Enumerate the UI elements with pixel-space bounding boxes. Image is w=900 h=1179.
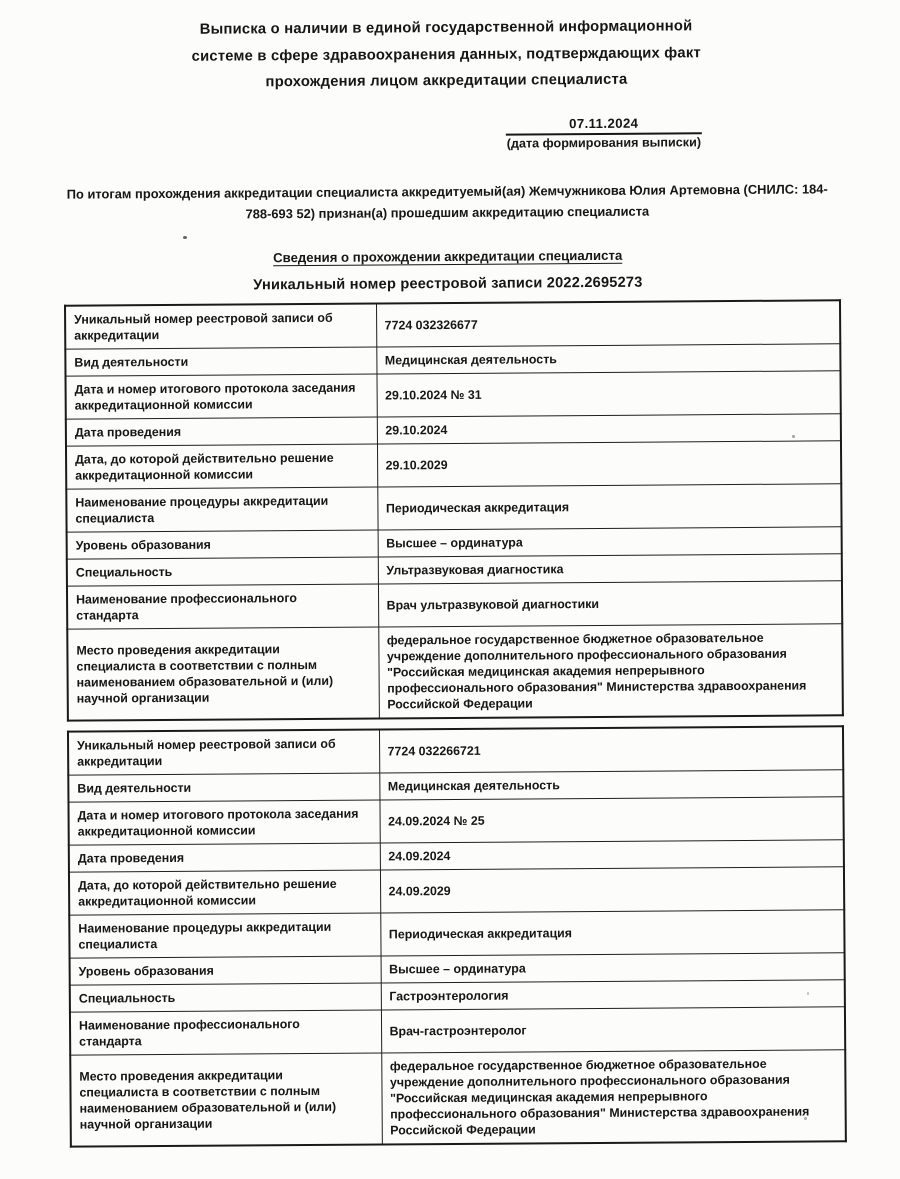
table-row: Дата и номер итогового протокола заседан… [65,370,840,418]
issue-date-block: 07.11.2024 (дата формирования выписки) [497,115,711,150]
scan-speck [183,236,187,239]
row-label: Уровень образования [70,955,381,984]
scan-speck [792,435,795,438]
title-line: прохождения лицом аккредитации специалис… [0,65,897,98]
row-label: Наименование профессионального стандарта [70,1009,381,1054]
row-value: Периодическая аккредитация [377,483,841,529]
table-row: Место проведения аккредитации специалист… [70,1049,846,1146]
scan-speck [807,992,809,995]
row-value: 29.10.2024 [377,413,841,443]
table-row: Наименование процедуры аккредитации спец… [66,483,841,531]
row-value: Врач ультразвуковой диагностики [378,580,842,626]
table-row: Место проведения аккредитации специалист… [67,623,843,720]
row-value: 29.10.2029 [377,440,841,486]
row-value: Гастроэнтерология [381,979,845,1009]
table-row: Дата, до которой действительно решение а… [69,866,844,914]
issue-date: 07.11.2024 [497,115,711,133]
row-value: 24.09.2029 [380,866,844,912]
row-label: Дата и номер итогового протокола заседан… [65,374,376,419]
row-value: 7724 032326677 [376,300,840,347]
table-row: Наименование процедуры аккредитации спец… [69,909,844,957]
row-value: федеральное государственное бюджетное об… [381,1049,846,1144]
row-value: 24.09.2024 [380,839,844,869]
row-label: Вид деятельности [68,772,379,801]
row-value: Высшее – ординатура [378,526,842,556]
row-label: Дата и номер итогового протокола заседан… [68,799,379,844]
row-label: Уровень образования [67,530,378,559]
row-value: Ультразвуковая диагностика [378,553,842,583]
row-label: Место проведения аккредитации специалист… [67,627,379,721]
row-label: Дата, до которой действительно решение а… [66,444,377,489]
row-label: Наименование процедуры аккредитации спец… [69,912,380,957]
row-label: Дата проведения [69,842,380,871]
row-label: Уникальный номер реестровой записи об ак… [65,303,376,349]
accreditation-table-2: Уникальный номер реестровой записи об ак… [67,725,847,1147]
issue-date-caption: (дата формирования выписки) [497,134,711,150]
scanned-content: Выписка о наличии в единой государственн… [0,0,900,1179]
row-value: 7724 032266721 [379,726,843,773]
row-label: Вид деятельности [65,347,376,376]
row-value: 29.10.2024 № 31 [376,370,840,416]
document-page: Выписка о наличии в единой государственн… [0,0,900,1179]
table-row: Наименование профессионального стандарта… [67,580,842,628]
table-row: Дата, до которой действительно решение а… [66,440,841,488]
row-label: Наименование профессионального стандарта [67,584,378,629]
row-value: Врач-гастроэнтеролог [381,1006,845,1052]
scan-speck [804,1117,807,1120]
table-row: Наименование профессионального стандарта… [70,1006,845,1054]
row-label: Специальность [70,982,381,1011]
accreditation-table-1: Уникальный номер реестровой записи об ак… [64,299,844,721]
row-value: Медицинская деятельность [376,343,840,373]
row-label: Специальность [67,557,378,586]
row-value: Высшее – ординатура [381,952,845,982]
row-label: Уникальный номер реестровой записи об ак… [68,729,379,775]
intro-paragraph: По итогам прохождения аккредитации специ… [0,177,897,225]
record-number-heading: Уникальный номер реестровой записи 2022.… [0,272,898,294]
row-value: федеральное государственное бюджетное об… [378,623,843,718]
row-label: Место проведения аккредитации специалист… [70,1052,382,1146]
row-label: Дата проведения [66,417,377,446]
row-value: Медицинская деятельность [379,769,843,799]
table-row: Уникальный номер реестровой записи об ак… [65,300,840,349]
row-label: Дата, до которой действительно решение а… [69,869,380,914]
table-row: Дата и номер итогового протокола заседан… [68,796,843,844]
row-label: Наименование процедуры аккредитации спец… [66,487,377,532]
section-heading: Сведения о прохождении аккредитации спец… [0,245,898,266]
document-title: Выписка о наличии в единой государственн… [0,12,897,98]
row-value: 24.09.2024 № 25 [379,796,843,842]
row-value: Периодическая аккредитация [380,909,844,955]
table-row: Уникальный номер реестровой записи об ак… [68,726,843,775]
